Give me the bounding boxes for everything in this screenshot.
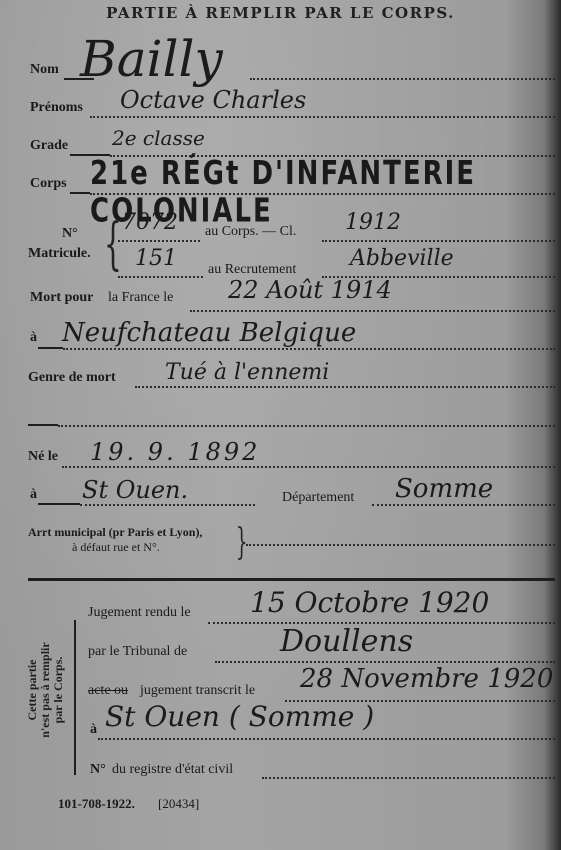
mort-date-value: 22 Août 1914 xyxy=(228,276,392,304)
jugement-rendu-label: Jugement rendu le xyxy=(88,605,191,621)
blank-dotted-line xyxy=(58,425,555,427)
au-corps-value: 7072 xyxy=(122,210,178,235)
genre-mort-value: Tué à l'ennemi xyxy=(165,360,329,385)
side-note-line-3: par le Corps. xyxy=(52,610,65,770)
side-note-vertical-bar xyxy=(74,620,76,775)
ne-le-dotted-line xyxy=(62,466,555,468)
registre-dotted-line xyxy=(262,777,555,779)
lieu-mort-label: à xyxy=(30,330,37,346)
mort-dotted-line xyxy=(190,310,555,312)
grade-label: Grade xyxy=(30,138,68,154)
prenoms-dotted-line xyxy=(90,116,555,118)
au-corps-label: au Corps. — Cl. xyxy=(205,224,296,240)
transcrit-value: 28 Novembre 1920 xyxy=(300,664,553,694)
print-number: [20434] xyxy=(158,796,199,812)
lieu-mort-dotted-line xyxy=(63,348,555,350)
lieu-naissance-label: à xyxy=(30,487,37,503)
arr-municipal-label: Arrt municipal (pr Paris et Lyon), xyxy=(28,525,202,540)
au-corps-dotted-line xyxy=(118,240,200,242)
genre-mort-label: Genre de mort xyxy=(28,370,116,386)
departement-label: Département xyxy=(282,490,354,506)
death-record-card: PARTIE À REMPLIR PAR LE CORPS. Nom Baill… xyxy=(0,0,561,850)
ne-le-value: 19. 9. 1892 xyxy=(90,438,260,466)
side-note: Cette partie n'est pas à remplir par le … xyxy=(26,610,65,770)
corps-underline-lead xyxy=(70,192,90,194)
recrutement-no-value: 151 xyxy=(135,246,177,271)
departement-value: Somme xyxy=(395,474,493,504)
classe-dotted-line xyxy=(322,240,555,242)
ne-le-label: Né le xyxy=(28,449,58,465)
nom-dotted-line xyxy=(250,78,555,80)
lieu-naissance-underline-lead xyxy=(38,503,80,505)
lieu-naissance-dotted-line xyxy=(80,504,255,506)
matricule-label-no: N° xyxy=(62,226,78,242)
recrutement-place-value: Abbeville xyxy=(350,246,454,271)
lieu-transcription-value: St Ouen ( Somme ) xyxy=(105,700,374,733)
acte-ou-struck-label: acte ou xyxy=(88,683,128,699)
tribunal-label: par le Tribunal de xyxy=(88,644,187,660)
nom-label: Nom xyxy=(30,62,59,78)
grade-value: 2e classe xyxy=(112,126,205,150)
recrutement-no-dotted-line xyxy=(118,276,203,278)
arr-municipal-dotted-line xyxy=(246,544,555,546)
registre-label: du registre d'état civil xyxy=(112,762,233,778)
lieu-mort-value: Neufchateau Belgique xyxy=(62,318,356,348)
arr-municipal-sublabel: à défaut rue et N°. xyxy=(72,540,160,555)
mort-label: la France le xyxy=(108,290,173,306)
blank-line-lead xyxy=(28,424,58,426)
print-reference: 101-708-1922. xyxy=(58,796,135,812)
registre-label-no: N° xyxy=(90,762,106,778)
tribunal-dotted-line xyxy=(215,661,555,663)
arr-municipal-brace: } xyxy=(236,522,247,563)
departement-dotted-line xyxy=(372,504,555,506)
genre-mort-dotted-line xyxy=(135,386,555,388)
lieu-mort-underline-lead xyxy=(38,347,63,349)
matricule-label: Matricule. xyxy=(28,246,91,262)
prenoms-label: Prénoms xyxy=(30,100,83,116)
lieu-transcription-dotted-line xyxy=(98,738,555,740)
matricule-brace: { xyxy=(104,212,122,277)
mort-label-bold: Mort pour xyxy=(30,290,93,306)
nom-value: Bailly xyxy=(80,30,223,88)
form-title: PARTIE À REMPLIR PAR LE CORPS. xyxy=(0,4,561,22)
section-separator xyxy=(28,578,555,581)
transcrit-label: jugement transcrit le xyxy=(140,683,255,699)
lieu-naissance-value: St Ouen. xyxy=(82,476,188,504)
lieu-transcription-label: à xyxy=(90,722,97,738)
tribunal-value: Doullens xyxy=(280,624,413,659)
corps-label: Corps xyxy=(30,176,67,192)
prenoms-value: Octave Charles xyxy=(120,86,306,114)
jugement-rendu-value: 15 Octobre 1920 xyxy=(250,586,489,619)
classe-value: 1912 xyxy=(345,210,401,235)
